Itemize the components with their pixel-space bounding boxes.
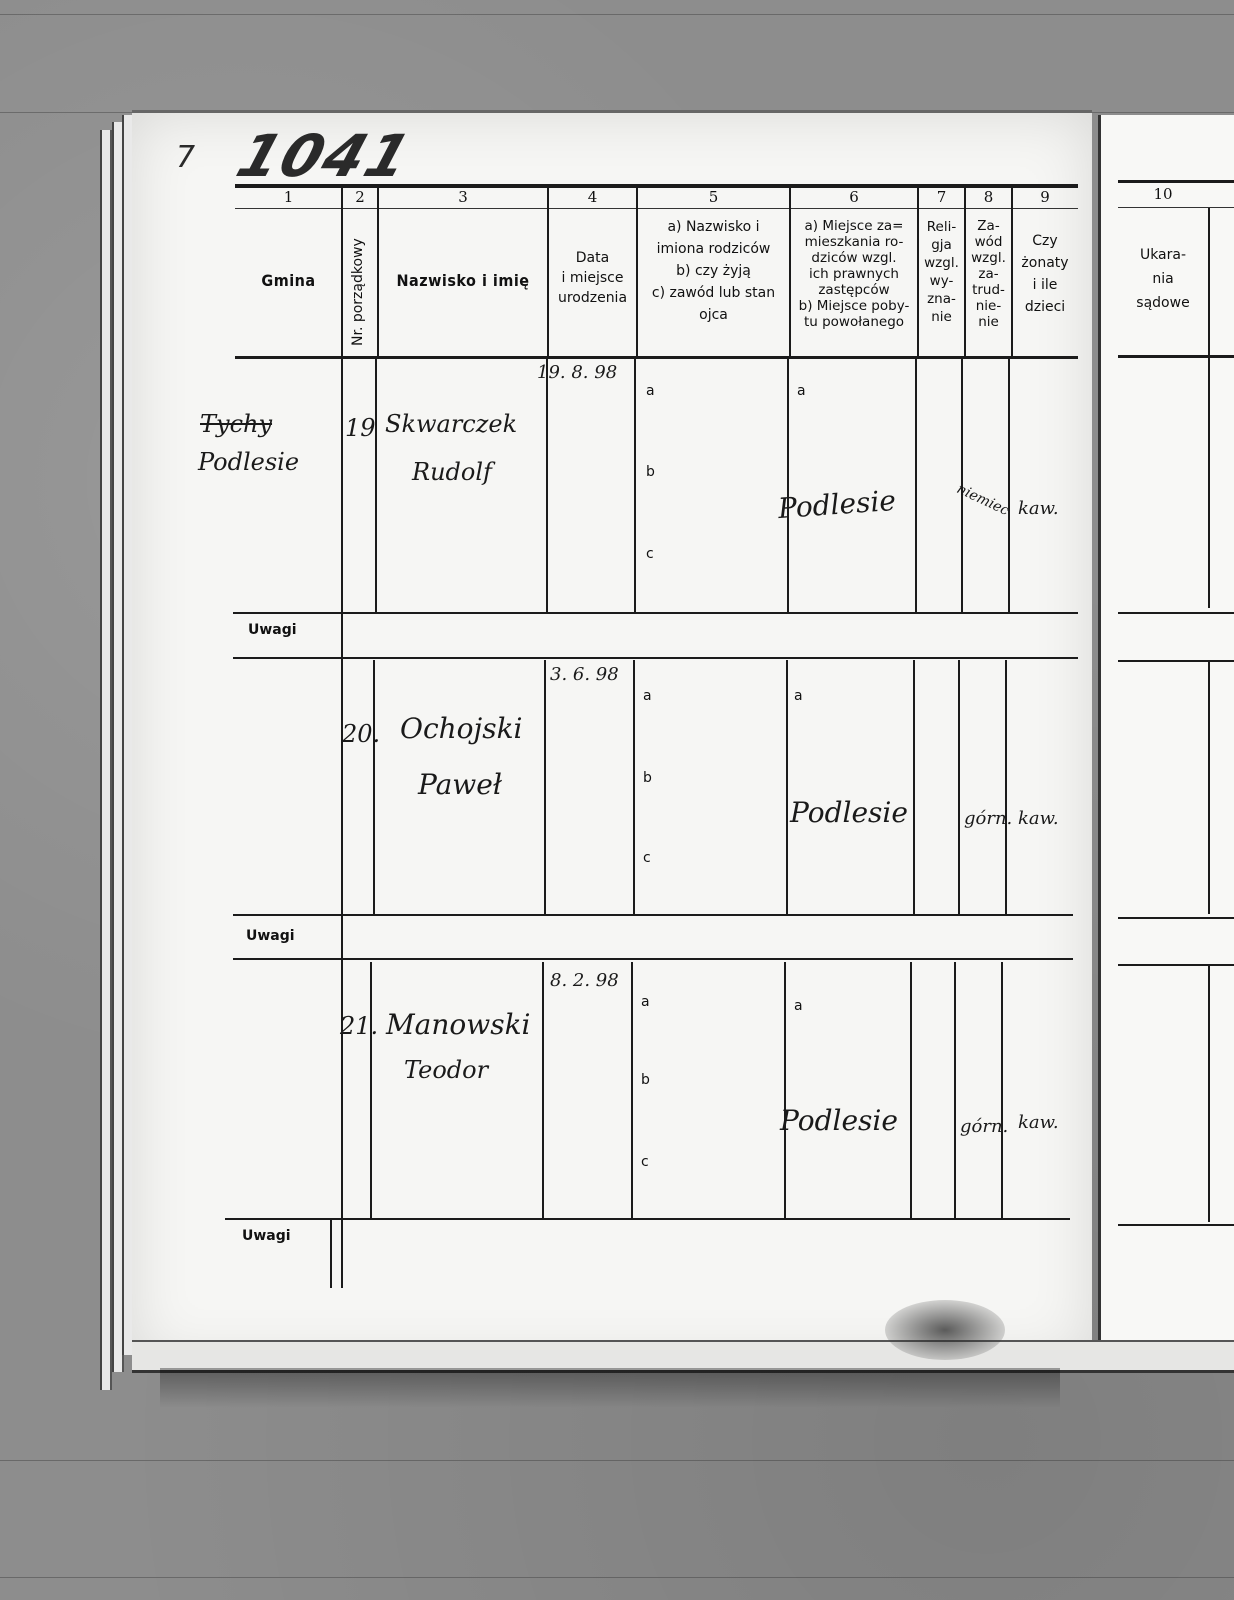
entry-birth-date: 3. 6. 98 (550, 664, 619, 685)
col-num-10: 10 (1118, 185, 1208, 203)
col-divider (1005, 660, 1007, 914)
col-divider (917, 188, 919, 358)
col-divider (787, 358, 789, 612)
entry-married: kaw. (1018, 1112, 1059, 1133)
col-header-birth: Data i miejsce urodzenia (548, 248, 637, 308)
entry-given-name: Paweł (418, 768, 502, 801)
col-divider (375, 358, 377, 612)
right-row-rule (1118, 612, 1234, 614)
entry-surname: Manowski (386, 1008, 531, 1041)
entry-gmina: Podlesie (198, 448, 299, 476)
remarks-label: Uwagi (246, 928, 295, 944)
col-divider (913, 660, 915, 914)
right-row-rule (1118, 1224, 1234, 1226)
col-num-6: 6 (790, 188, 918, 206)
col-divider (370, 962, 372, 1220)
sub-label-a: a (797, 383, 806, 399)
right-header-num-rule (1118, 207, 1234, 208)
col-divider (1001, 962, 1003, 1220)
col-divider (636, 188, 638, 358)
right-header-bottom-rule (1118, 355, 1234, 358)
remarks-label: Uwagi (242, 1228, 291, 1244)
col-num-5: 5 (637, 188, 790, 206)
header-num-rule (235, 208, 1078, 209)
sub-label-b: b (646, 464, 655, 480)
col-num-8: 8 (965, 188, 1012, 206)
col-divider (546, 358, 548, 612)
sub-label-a: a (794, 688, 803, 704)
entry-nr: 19 (345, 414, 376, 442)
col-header-parents: a) Nazwisko i imiona rodziców b) czy żyj… (637, 216, 790, 326)
col-header-convictions: Ukara- nia sądowe (1118, 243, 1208, 315)
col-divider (544, 660, 546, 914)
sub-label-a: a (794, 998, 803, 1014)
right-row-rule (1118, 660, 1234, 662)
right-row-rule (1118, 917, 1234, 919)
col-num-7: 7 (918, 188, 965, 206)
col-divider (547, 188, 549, 358)
register-number: 1041 (229, 122, 421, 190)
col-divider (542, 962, 544, 1220)
row-rule (233, 612, 1078, 614)
entry-married: kaw. (1018, 808, 1059, 829)
page-stack-edge (100, 130, 112, 1390)
entry-nr: 20. (342, 720, 380, 748)
entry-given-name: Teodor (404, 1056, 488, 1084)
sub-label-a: a (641, 994, 650, 1010)
col-divider (1008, 358, 1010, 612)
col-divider (330, 1218, 332, 1288)
col-divider (786, 660, 788, 914)
entry-occupation: górn. (960, 1116, 1008, 1137)
page-marker: 7 (176, 140, 195, 175)
sub-label-c: c (646, 546, 654, 562)
col-header-residence: a) Miejsce za= mieszkania ro- dziców wzg… (790, 218, 918, 330)
col-header-nr: Nr. porządkowy (350, 216, 366, 346)
col-header-gmina: Gmina (235, 272, 342, 289)
col-num-2: 2 (342, 188, 378, 206)
col-divider (633, 660, 635, 914)
col-num-9: 9 (1012, 188, 1078, 206)
col-header-occupation: Za- wód wzgl. za- trud- nie- nie (965, 218, 1012, 330)
header-bottom-rule (235, 356, 1078, 359)
sub-label-c: c (641, 1154, 649, 1170)
right-col-divider (1208, 966, 1210, 1222)
row-rule (233, 914, 1073, 916)
entry-surname: Ochojski (400, 712, 523, 745)
remarks-label: Uwagi (248, 622, 297, 638)
right-col-divider (1208, 208, 1210, 608)
col-divider (910, 962, 912, 1220)
col-divider (789, 188, 791, 358)
entry-birth-date: 8. 2. 98 (550, 970, 619, 991)
col-num-1: 1 (235, 188, 342, 206)
entry-given-name: Rudolf (412, 458, 492, 486)
col-divider (634, 358, 636, 612)
entry-gmina-struck: Tychy (200, 410, 272, 438)
right-header-top-rule (1118, 180, 1234, 183)
sub-label-a: a (643, 688, 652, 704)
entry-married: kaw. (1018, 498, 1059, 519)
right-col-divider (1208, 662, 1210, 914)
sub-label-b: b (641, 1072, 650, 1088)
entry-birth-date: 19. 8. 98 (537, 362, 617, 383)
entry-occupation: górn. (964, 808, 1012, 829)
col-divider (631, 962, 633, 1220)
col-header-religion: Reli- gja wzgl. wy- zna- nie (918, 218, 965, 326)
row-rule (233, 657, 1078, 659)
entry-nr: 21. (340, 1012, 378, 1040)
page-shadow (160, 1368, 1060, 1408)
col-header-name: Nazwisko i imię (378, 272, 548, 289)
sub-label-b: b (643, 770, 652, 786)
col-divider (373, 660, 375, 914)
col-divider (1011, 188, 1013, 358)
row-rule (225, 1218, 1070, 1220)
col-header-married: Czy żonaty i ile dzieci (1012, 230, 1078, 318)
col-divider (958, 660, 960, 914)
binding-thread (885, 1300, 1005, 1360)
col-divider (954, 962, 956, 1220)
entry-surname: Skwarczek (385, 410, 517, 438)
row-rule (233, 958, 1073, 960)
col-divider (377, 188, 379, 358)
col-num-4: 4 (548, 188, 637, 206)
sub-label-a: a (646, 383, 655, 399)
sub-label-c: c (643, 850, 651, 866)
col-divider (964, 188, 966, 358)
col-num-3: 3 (378, 188, 548, 206)
col-divider (915, 358, 917, 612)
col-divider (784, 962, 786, 1220)
entry-residence: Podlesie (780, 1104, 898, 1137)
right-row-rule (1118, 964, 1234, 966)
entry-residence: Podlesie (790, 796, 908, 829)
